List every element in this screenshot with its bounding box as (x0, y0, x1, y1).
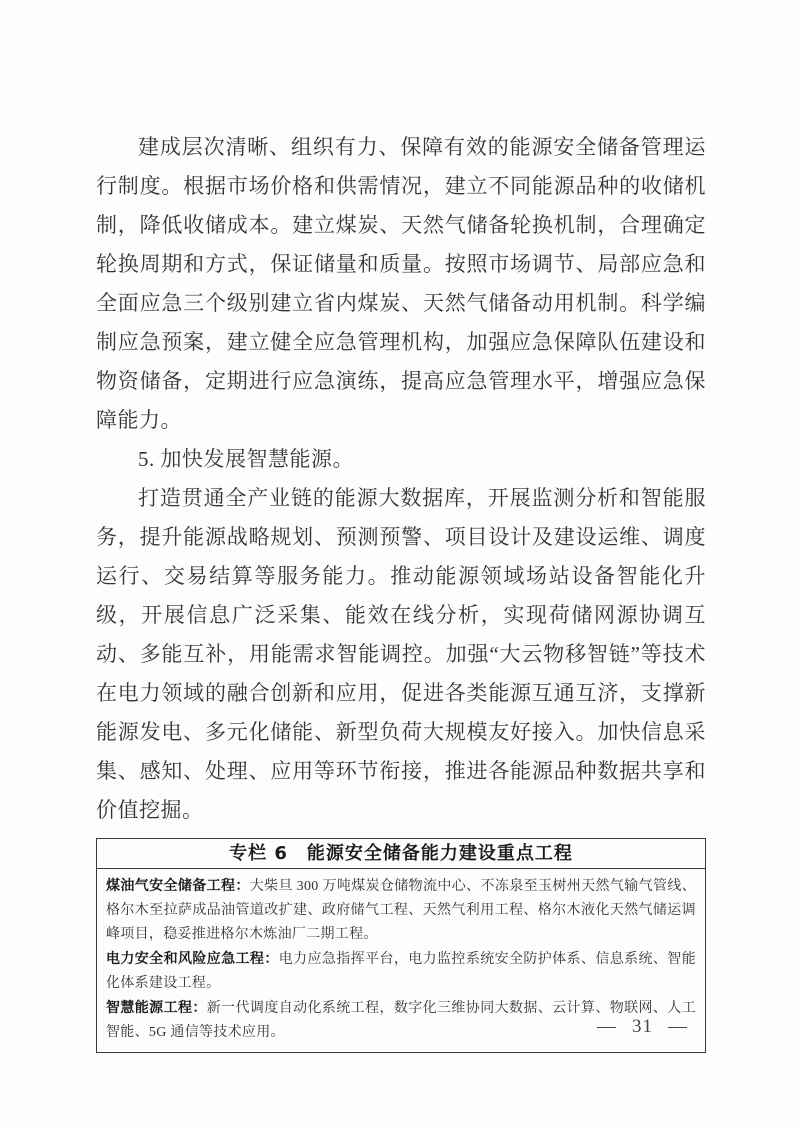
callout-box-title: 专栏 6 能源安全储备能力建设重点工程 (97, 839, 705, 869)
page-number: 31 (632, 1016, 653, 1038)
callout-item-coal-oil-gas: 煤油气安全储备工程：大柴旦 300 万吨煤炭仓储物流中心、不冻泉至玉树州天然气输… (106, 874, 696, 947)
callout-item-label: 智慧能源工程： (106, 1000, 207, 1016)
page-body: 建成层次清晰、组织有力、保障有效的能源安全储备管理运行制度。根据市场价格和供需情… (96, 128, 706, 1053)
numbered-section-heading: 5. 加快发展智慧能源。 (96, 440, 706, 479)
callout-item-label: 电力安全和风险应急工程： (106, 951, 279, 967)
body-paragraph-storage-system: 建成层次清晰、组织有力、保障有效的能源安全储备管理运行制度。根据市场价格和供需情… (96, 128, 706, 440)
footer-left-dash: — (597, 1016, 617, 1038)
callout-item-label: 煤油气安全储备工程： (106, 878, 250, 894)
body-paragraph-smart-energy: 打造贯通全产业链的能源大数据库，开展监测分析和智能服务，提升能源战略规划、预测预… (96, 479, 706, 830)
callout-item-power-safety: 电力安全和风险应急工程：电力应急指挥平台，电力监控系统安全防护体系、信息系统、智… (106, 947, 696, 996)
footer-right-dash: — (668, 1016, 688, 1038)
page-footer: — 31 — (597, 1016, 688, 1038)
document-page: 建成层次清晰、组织有力、保障有效的能源安全储备管理运行制度。根据市场价格和供需情… (0, 0, 800, 1131)
